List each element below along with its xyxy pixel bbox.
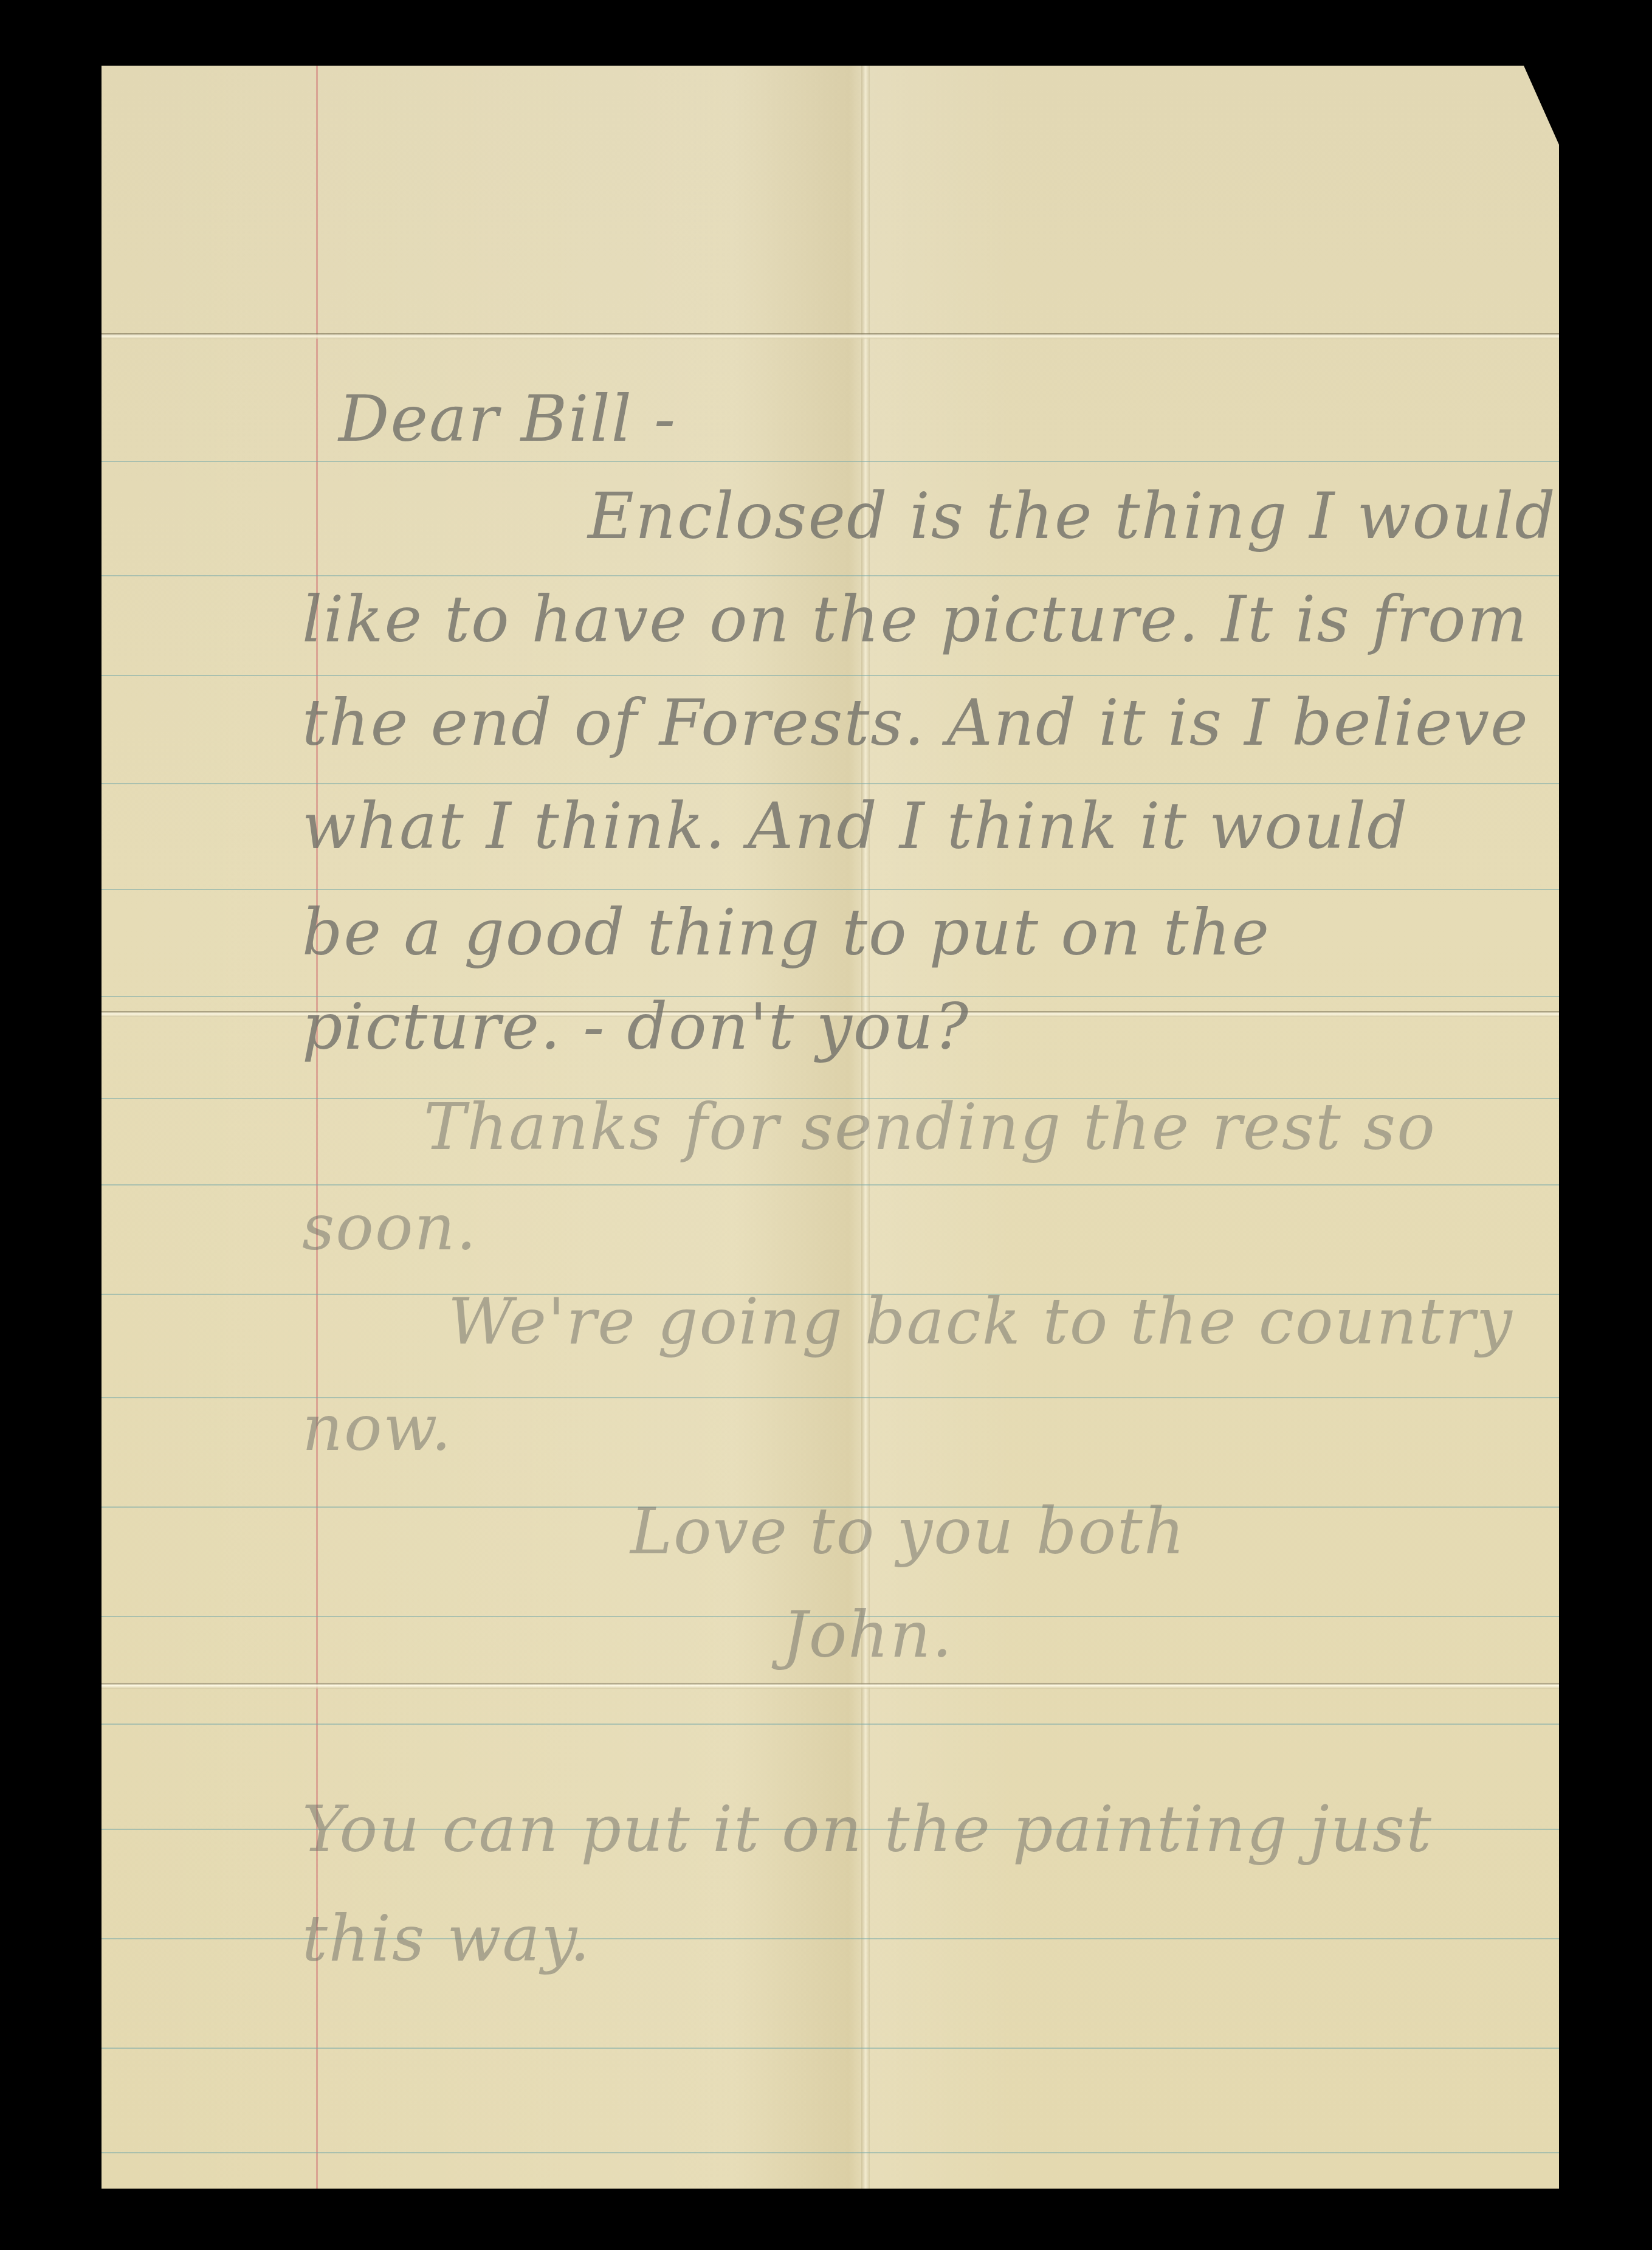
body-line: what I think. And I think it would [302, 789, 1409, 863]
salutation: Dear Bill - [339, 382, 676, 456]
rule-line [102, 575, 1559, 576]
rule-line [102, 889, 1559, 890]
body-line: like to have on the picture. It is from [302, 582, 1528, 657]
body-line: the end of Forests. And it is I believe [302, 686, 1529, 760]
rule-line [102, 1724, 1559, 1725]
postscript-line: this way. [302, 1902, 591, 1976]
body-line: Thanks for sending the rest so [424, 1090, 1436, 1164]
rule-line [102, 675, 1559, 676]
body-line: be a good thing to put on the [302, 896, 1270, 970]
postscript-line: You can put it on the painting just [302, 1792, 1433, 1866]
horizontal-fold [102, 1683, 1559, 1689]
rule-line [102, 783, 1559, 784]
horizontal-fold [102, 333, 1559, 339]
rule-line [102, 2152, 1559, 2153]
red-margin-line [316, 66, 318, 2189]
rule-line [102, 461, 1559, 462]
closing: Love to you both [630, 1494, 1186, 1568]
letter-paper: Dear Bill - Enclosed is the thing I woul… [102, 66, 1559, 2189]
body-line: Enclosed is the thing I would [588, 479, 1557, 553]
body-line: We're going back to the country [448, 1285, 1513, 1359]
rule-line [102, 2048, 1559, 2049]
body-line: soon. [302, 1190, 478, 1265]
rule-line [102, 1184, 1559, 1185]
body-line: picture. - don't you? [302, 990, 969, 1064]
signature: John. [782, 1598, 953, 1672]
body-line: now. [302, 1391, 452, 1465]
